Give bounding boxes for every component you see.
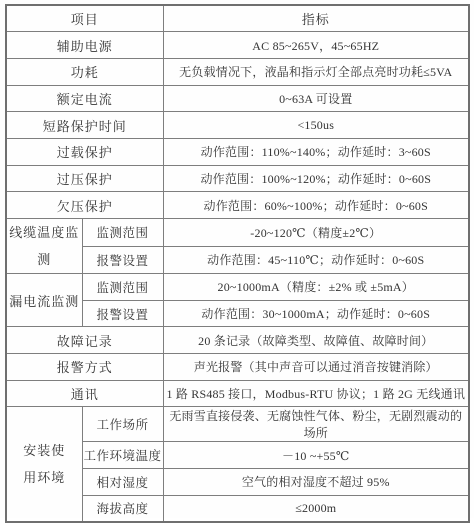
item-cell: 短路保护时间 — [6, 112, 163, 139]
item-cell: 辅助电源 — [6, 32, 163, 59]
table-row: 报警方式声光报警（其中声音可以通过消音按键消除） — [6, 354, 469, 381]
table-row: 辅助电源AC 85~265V，45~65HZ — [6, 32, 469, 59]
sub-item-cell: 监测范围 — [82, 274, 163, 301]
item-cell: 过载保护 — [6, 138, 163, 165]
header-row: 项目指标 — [6, 5, 469, 32]
item-cell: 线缆温度监 测 — [6, 219, 82, 274]
header-value-cell: 指标 — [163, 5, 469, 32]
table-row: 通讯1 路 RS485 接口，Modbus-RTU 协议；1 路 2G 无线通讯 — [6, 380, 469, 407]
value-cell: －10 ~+55℃ — [163, 442, 469, 469]
spec-table: 项目指标辅助电源AC 85~265V，45~65HZ功耗无负载情况下，液晶和指示… — [5, 4, 470, 523]
value-cell: 动作范围：100%~120%；动作延时：0~60S — [163, 165, 469, 192]
item-cell: 通讯 — [6, 380, 163, 407]
value-cell: <150us — [163, 112, 469, 139]
sub-item-cell: 工作场所 — [82, 407, 163, 442]
document-page: 项目指标辅助电源AC 85~265V，45~65HZ功耗无负载情况下，液晶和指示… — [0, 0, 474, 518]
item-cell: 安装使 用环境 — [6, 407, 82, 522]
item-cell: 故障记录 — [6, 327, 163, 354]
sub-item-cell: 工作环境温度 — [82, 442, 163, 469]
item-cell: 功耗 — [6, 58, 163, 85]
value-cell: 动作范围：30~1000mA；动作延时：0~60S — [163, 300, 469, 327]
value-cell: 20 条记录（故障类型、故障值、故障时间） — [163, 327, 469, 354]
table-row: 线缆温度监 测监测范围-20~120℃（精度±2℃） — [6, 219, 469, 247]
item-cell: 报警方式 — [6, 354, 163, 381]
table-row: 漏电流监测监测范围20~1000mA（精度：±2% 或 ±5mA） — [6, 274, 469, 301]
item-cell: 额定电流 — [6, 85, 163, 112]
value-cell: 1 路 RS485 接口，Modbus-RTU 协议；1 路 2G 无线通讯 — [163, 380, 469, 407]
sub-item-cell: 报警设置 — [82, 246, 163, 274]
value-cell: 动作范围：45~110℃；动作延时：0~60S — [163, 246, 469, 274]
value-cell: 20~1000mA（精度：±2% 或 ±5mA） — [163, 274, 469, 301]
item-cell: 过压保护 — [6, 165, 163, 192]
sub-item-cell: 相对湿度 — [82, 469, 163, 496]
value-cell: 动作范围：60%~100%；动作延时：0~60S — [163, 192, 469, 219]
value-cell: AC 85~265V，45~65HZ — [163, 32, 469, 59]
table-row: 过载保护动作范围：110%~140%；动作延时：3~60S — [6, 138, 469, 165]
value-cell: 无负载情况下，液晶和指示灯全部点亮时功耗≤5VA — [163, 58, 469, 85]
item-cell: 漏电流监测 — [6, 274, 82, 327]
table-row: 短路保护时间<150us — [6, 112, 469, 139]
value-cell: 无雨雪直接侵袭、无腐蚀性气体、粉尘，无剧烈震动的场所 — [163, 407, 469, 442]
value-cell: 空气的相对湿度不超过 95% — [163, 469, 469, 496]
value-cell: 动作范围：110%~140%；动作延时：3~60S — [163, 138, 469, 165]
table-row: 过压保护动作范围：100%~120%；动作延时：0~60S — [6, 165, 469, 192]
sub-item-cell: 报警设置 — [82, 300, 163, 327]
item-cell: 欠压保护 — [6, 192, 163, 219]
value-cell: 0~63A 可设置 — [163, 85, 469, 112]
value-cell: -20~120℃（精度±2℃） — [163, 219, 469, 247]
table-row: 额定电流0~63A 可设置 — [6, 85, 469, 112]
table-body: 项目指标辅助电源AC 85~265V，45~65HZ功耗无负载情况下，液晶和指示… — [6, 5, 469, 522]
sub-item-cell: 监测范围 — [82, 219, 163, 247]
header-item-cell: 项目 — [6, 5, 163, 32]
table-row: 功耗无负载情况下，液晶和指示灯全部点亮时功耗≤5VA — [6, 58, 469, 85]
table-row: 欠压保护动作范围：60%~100%；动作延时：0~60S — [6, 192, 469, 219]
table-row: 故障记录20 条记录（故障类型、故障值、故障时间） — [6, 327, 469, 354]
table-row: 安装使 用环境工作场所无雨雪直接侵袭、无腐蚀性气体、粉尘，无剧烈震动的场所 — [6, 407, 469, 442]
value-cell: 声光报警（其中声音可以通过消音按键消除） — [163, 354, 469, 381]
